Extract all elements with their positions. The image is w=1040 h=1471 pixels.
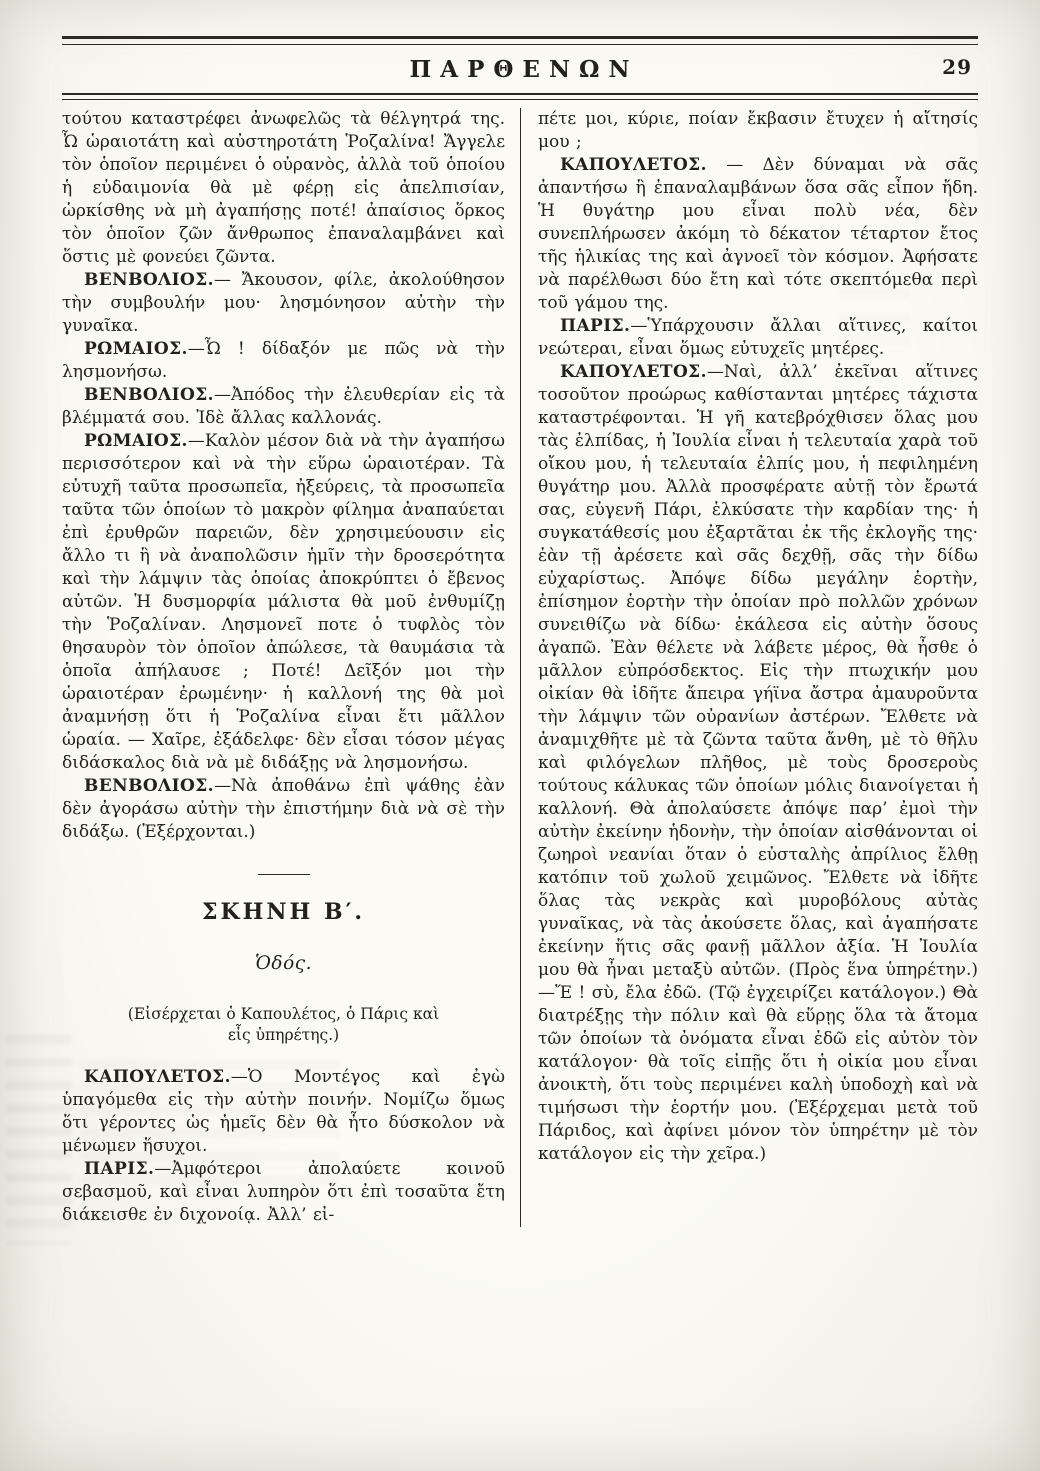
separator [258, 874, 310, 875]
paragraph: τούτου καταστρέφει ἀνωφελῶς τὰ θέλγητρά … [62, 108, 505, 269]
dialogue: ΠΑΡΙΣ.—Ἀμφότεροι ἀπολαύετε κοινοῦ σεβασμ… [62, 1158, 505, 1227]
left-column: τούτου καταστρέφει ἀνωφελῶς τὰ θέλγητρά … [62, 108, 520, 1227]
scene-setting: Ὁδός. [62, 953, 505, 974]
page-number: 29 [942, 55, 972, 79]
scene-heading: ΣΚΗΝΗ Β′. [62, 899, 505, 925]
header-rule-bottom [62, 93, 978, 100]
dialogue: ΒΕΝΒΟΛΙΟΣ.— Ἄκουσον, φίλε, ἀκολούθησον τ… [62, 269, 505, 338]
dialogue: ΚΑΠΟΥΛΕΤΟΣ.—Ναὶ, ἀλλ’ ἐκεῖναι αἵτινες το… [538, 361, 978, 1166]
dialogue: ΚΑΠΟΥΛΕΤΟΣ.—Ὁ Μοντέγος καὶ ἐγὼ ὑπαγόμεθα… [62, 1066, 505, 1158]
speaker-name: ΠΑΡΙΣ. [560, 316, 630, 336]
dialogue: ΒΕΝΒΟΛΙΟΣ.—Ἀπόδος τὴν ἐλευθερίαν εἰς τὰ … [62, 384, 505, 430]
stage-direction: (Εἰσέρχεται ὁ Καπουλέτος, ὁ Πάρις καὶ εἷ… [119, 1004, 449, 1046]
header-rule-top [62, 36, 978, 45]
speaker-name: ΡΩΜΑΙΟΣ. [84, 431, 188, 451]
dialogue: ΠΑΡΙΣ.—Ὑπάρχουσιν ἄλλαι αἵτινες, καίτοι … [538, 315, 978, 361]
dialogue: ΡΩΜΑΙΟΣ.—Καλὸν μέσον διὰ νὰ τὴν ἀγαπήσω … [62, 430, 505, 775]
speaker-name: ΚΑΠΟΥΛΕΤΟΣ. [560, 362, 707, 382]
speaker-name: ΒΕΝΒΟΛΙΟΣ. [84, 385, 214, 405]
text-columns: τούτου καταστρέφει ἀνωφελῶς τὰ θέλγητρά … [62, 108, 978, 1227]
right-column: πέτε μοι, κύριε, ποίαν ἔκβασιν ἔτυχεν ἡ … [520, 108, 978, 1227]
dialogue: ΚΑΠΟΥΛΕΤΟΣ. — Δὲν δύναμαι νὰ σᾶς ἀπαντήσ… [538, 154, 978, 315]
dialogue: ΡΩΜΑΙΟΣ.—Ὦ ! δίδαξόν με πῶς νὰ τὴν λησμο… [62, 338, 505, 384]
speaker-name: ΒΕΝΒΟΛΙΟΣ. [84, 776, 214, 796]
speaker-name: ΡΩΜΑΙΟΣ. [84, 339, 188, 359]
paragraph: πέτε μοι, κύριε, ποίαν ἔκβασιν ἔτυχεν ἡ … [538, 108, 978, 154]
speaker-name: ΒΕΝΒΟΛΙΟΣ. [84, 270, 214, 290]
speaker-name: ΚΑΠΟΥΛΕΤΟΣ. [84, 1067, 231, 1087]
page-content: ΠΑΡΘΕΝΩΝ 29 τούτου καταστρέφει ἀνωφελῶς … [62, 36, 978, 1227]
page-header: ΠΑΡΘΕΝΩΝ 29 [62, 45, 978, 93]
speaker-name: ΚΑΠΟΥΛΕΤΟΣ. [560, 155, 707, 175]
scanned-periodical-page: ΠΑΡΘΕΝΩΝ 29 τούτου καταστρέφει ἀνωφελῶς … [0, 0, 1040, 1471]
dialogue: ΒΕΝΒΟΛΙΟΣ.—Νὰ ἀποθάνω ἐπὶ ψάθης ἐὰν δὲν … [62, 775, 505, 844]
speaker-name: ΠΑΡΙΣ. [84, 1159, 154, 1179]
publication-title: ΠΑΡΘΕΝΩΝ [410, 56, 639, 83]
